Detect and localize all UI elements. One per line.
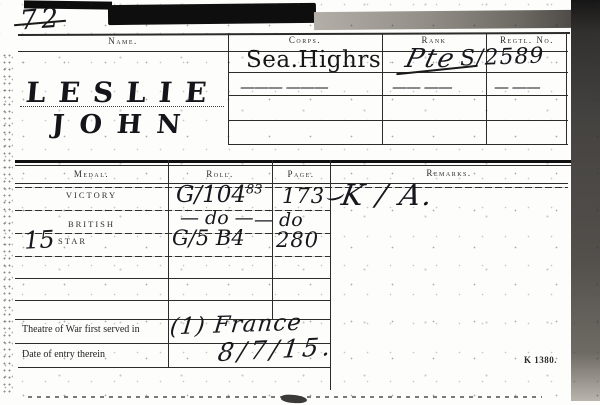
grid-line-medal-row3 bbox=[15, 256, 330, 257]
grid-line-row3 bbox=[228, 120, 568, 121]
scan-bar-main bbox=[108, 3, 316, 25]
grid-line-v-corps-rank bbox=[382, 33, 383, 144]
grid-line-medal-row5 bbox=[15, 300, 330, 301]
regtl-ditto-dashes: — —— bbox=[494, 78, 540, 96]
remarks-header: Remarks. bbox=[330, 168, 568, 178]
roll-victory-value: G/10483 bbox=[176, 182, 263, 208]
scan-band-right-edge bbox=[571, 0, 600, 401]
medal-header: Medal. bbox=[15, 169, 168, 179]
medal-star-prefix: 15 bbox=[23, 225, 55, 255]
name-header: Name. bbox=[18, 36, 228, 46]
medal-star-label: STAR bbox=[58, 236, 87, 246]
grid-line-v-roll-page bbox=[272, 160, 273, 319]
grid-line-card-bottom bbox=[18, 367, 330, 368]
divider-thick-line bbox=[15, 160, 571, 163]
grid-line-v-name-corps bbox=[228, 33, 229, 144]
surname-value: LESLIE bbox=[25, 76, 221, 109]
roll-victory-base: G/104 bbox=[176, 182, 246, 208]
divider-thin-line bbox=[15, 165, 571, 166]
roll-star-value: G/5 B4 bbox=[172, 226, 245, 250]
scan-strip-left-edge bbox=[2, 52, 13, 396]
corps-header: Corps. bbox=[228, 35, 382, 45]
corps-ditto-dashes: ——— ——— bbox=[240, 78, 328, 96]
date-of-entry-label: Date of entry therein bbox=[22, 349, 105, 360]
grid-line-row4 bbox=[228, 144, 568, 145]
page-header: Page. bbox=[272, 169, 330, 179]
roll-victory-superscript: 83 bbox=[246, 182, 263, 197]
corps-value: Sea.Highrs bbox=[246, 47, 381, 73]
theatre-label: Theatre of War first served in bbox=[22, 324, 140, 335]
date-of-entry-value: 8/7/15. bbox=[216, 332, 336, 367]
remarks-value: K / A. bbox=[339, 178, 437, 212]
rank-ditto-dashes: —— —— bbox=[392, 78, 452, 96]
page-star-value: 280 bbox=[276, 228, 319, 252]
grid-line-v-right-edge bbox=[566, 33, 567, 144]
roll-header: Roll. bbox=[168, 169, 272, 179]
form-number: K 1380. bbox=[524, 355, 557, 365]
medal-index-card-scan: 72 Name. Corps. Rank Regtl. No. LESLIE J… bbox=[0, 0, 600, 405]
page-victory-value: 173 bbox=[282, 184, 325, 208]
grid-line-medal-row4 bbox=[15, 278, 330, 279]
medal-victory-label: VICTORY bbox=[15, 190, 168, 200]
regtl-no-value: S/2589 bbox=[460, 44, 545, 72]
forename-value: JOHN bbox=[51, 110, 197, 140]
scan-band-top-right bbox=[314, 10, 572, 30]
